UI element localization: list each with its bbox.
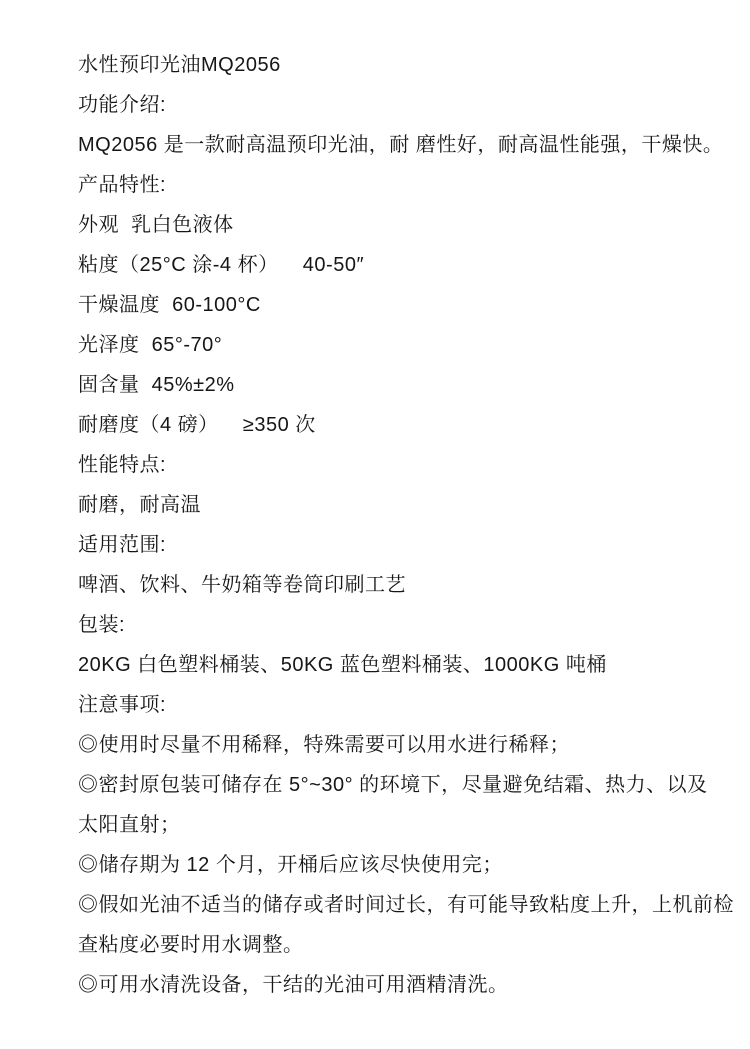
text-line-appearance: 外观 乳白色液体 bbox=[78, 205, 710, 245]
text-line-note-shelf-life: ◎储存期为 12 个月，开桶后应该尽快使用完； bbox=[78, 845, 710, 885]
heading-precautions: 注意事项: bbox=[78, 685, 710, 725]
text-line-applications: 啤酒、饮料、牛奶箱等卷筒印刷工艺 bbox=[78, 565, 710, 605]
text-line-note-viscosity-2: 查粘度必要时用水调整。 bbox=[78, 925, 710, 965]
text-line-packaging: 20KG 白色塑料桶装、50KG 蓝色塑料桶装、1000KG 吨桶 bbox=[78, 645, 710, 685]
text-line-viscosity: 粘度（25°C 涂-4 杯） 40-50″ bbox=[78, 245, 710, 285]
text-line-note-storage-2: 太阳直射； bbox=[78, 805, 710, 845]
text-line-note-viscosity-1: ◎假如光油不适当的储存或者时间过长，有可能导致粘度上升，上机前检 bbox=[78, 885, 710, 925]
doc-title: 水性预印光油MQ2056 bbox=[78, 45, 710, 85]
text-line-performance: 耐磨，耐高温 bbox=[78, 485, 710, 525]
text-line-note-dilution: ◎使用时尽量不用稀释，特殊需要可以用水进行稀释； bbox=[78, 725, 710, 765]
text-line-gloss: 光泽度 65°-70° bbox=[78, 325, 710, 365]
heading-product-properties: 产品特性: bbox=[78, 165, 710, 205]
heading-application-scope: 适用范围: bbox=[78, 525, 710, 565]
text-line-note-storage-1: ◎密封原包装可储存在 5°~30° 的环境下，尽量避免结霜、热力、以及 bbox=[78, 765, 710, 805]
text-line-abrasion: 耐磨度（4 磅） ≥350 次 bbox=[78, 405, 710, 445]
heading-performance: 性能特点: bbox=[78, 445, 710, 485]
heading-packaging: 包装: bbox=[78, 605, 710, 645]
text-line-drying-temp: 干燥温度 60-100°C bbox=[78, 285, 710, 325]
document-page: 水性预印光油MQ2056 功能介绍: MQ2056 是一款耐高温预印光油，耐 磨… bbox=[0, 0, 750, 1049]
text-line-function-desc: MQ2056 是一款耐高温预印光油，耐 磨性好，耐高温性能强，干燥快。 bbox=[78, 125, 710, 165]
text-line-solid-content: 固含量 45%±2% bbox=[78, 365, 710, 405]
heading-function-intro: 功能介绍: bbox=[78, 85, 710, 125]
text-line-note-cleaning: ◎可用水清洗设备，干结的光油可用酒精清洗。 bbox=[78, 965, 710, 1005]
